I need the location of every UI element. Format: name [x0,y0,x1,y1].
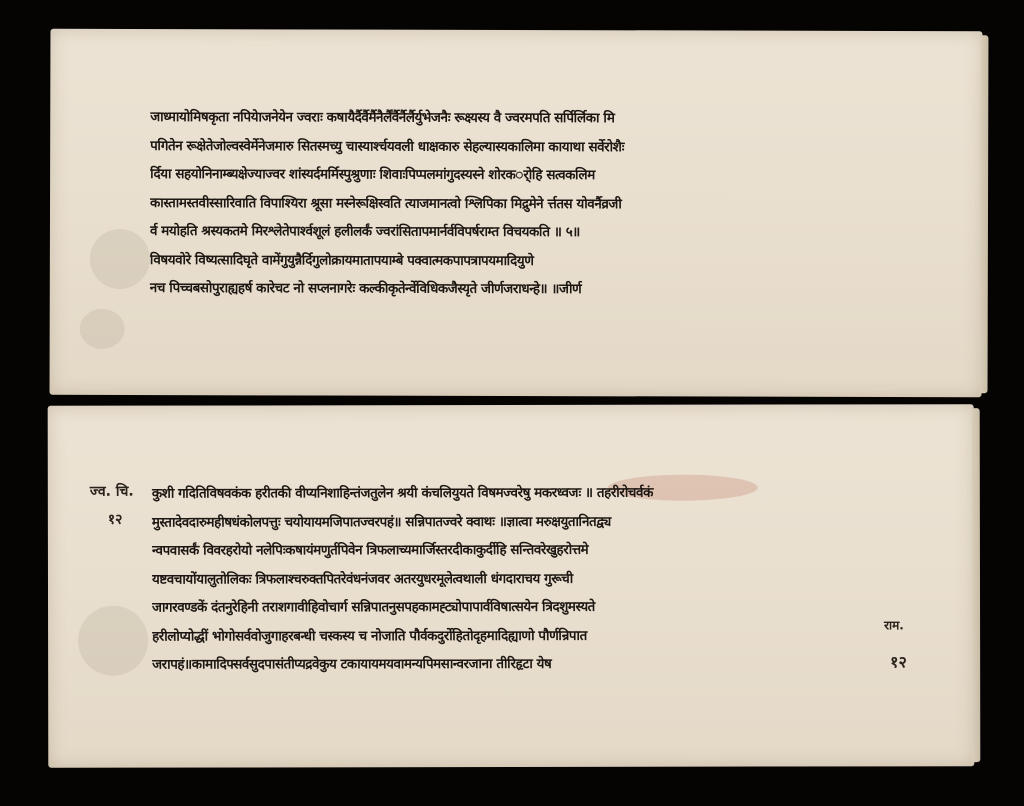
paper-stain [78,606,148,676]
text-line: जाध्मायोमिषकृता नपियेाजनेयेन ज्वराः कषाय… [150,104,890,134]
text-line: कुशी गदितिविषवकंक हरीतकी वीप्यनिशाहिन्तं… [152,479,892,509]
text-line: नच पिच्चबसोपुराह्यहर्ष कारेचट नो सप्लनाग… [150,275,890,305]
folio-number-right: १२ [890,650,907,672]
text-line: जागरवण्डकें दंतनुरेहिनी तराशगावीहिवोचार्… [152,593,892,623]
text-line: यष्टवचायोंयालुतोलिकः त्रिफलाश्चरुक्तपितर… [152,565,892,595]
leaf-edge [980,35,989,393]
text-line: कास्तामस्तवीस्सारिवाति विपाश्यिरा श्रूसा… [150,190,890,220]
margin-label-left: ज्व. चि. [90,482,134,501]
text-line: न्वपवासर्कं विवरहरोयो नलेपिःकषायंमणुर्तप… [152,536,892,566]
paper-stain [90,229,150,289]
text-block-top: जाध्मायोमिषकृता नपियेाजनेयेन ज्वराः कषाय… [150,104,891,305]
text-line: मुस्तादेवदारुमहीषधंकोलपत्तुः चयोयायमजिपा… [152,508,892,538]
text-line: पगितेन रूक्षेतेजोल्वस्वेर्मेनेजमारु सितस… [150,133,890,163]
text-line: र्व मयोहति श्रस्यकतमे मिरश्लेतेपार्श्वशू… [150,218,890,248]
text-line: र्दिया सहयोनिनाम्ब्यक्षेज्याज्वर शांस्यर… [150,161,890,191]
text-line: हरीलोप्योद्धीं भोगोसर्ववोजुगाहरबन्धी चस्… [152,622,892,652]
manuscript-leaf-bottom: ज्व. चि. १२ राम. १२ कुशी गदितिविषवकंक हर… [48,404,975,768]
text-line: विषयवोरे विष्यत्सादिघृते वामेंगुयुन्नैर्… [150,247,890,277]
text-block-bottom: कुशी गदितिविषवकंक हरीतकी वीप्यनिशाहिन्तं… [152,479,892,680]
text-line: जरापहं॥कामादिफ्सर्वसुदपासंतीप्यद्रवेकुय … [152,650,892,680]
manuscript-leaf-top: जाध्मायोमिषकृता नपियेाजनेयेन ज्वराः कषाय… [50,29,983,397]
folio-number-left: १२ [108,510,123,529]
leaf-edge [972,408,981,762]
paper-stain [80,309,125,349]
